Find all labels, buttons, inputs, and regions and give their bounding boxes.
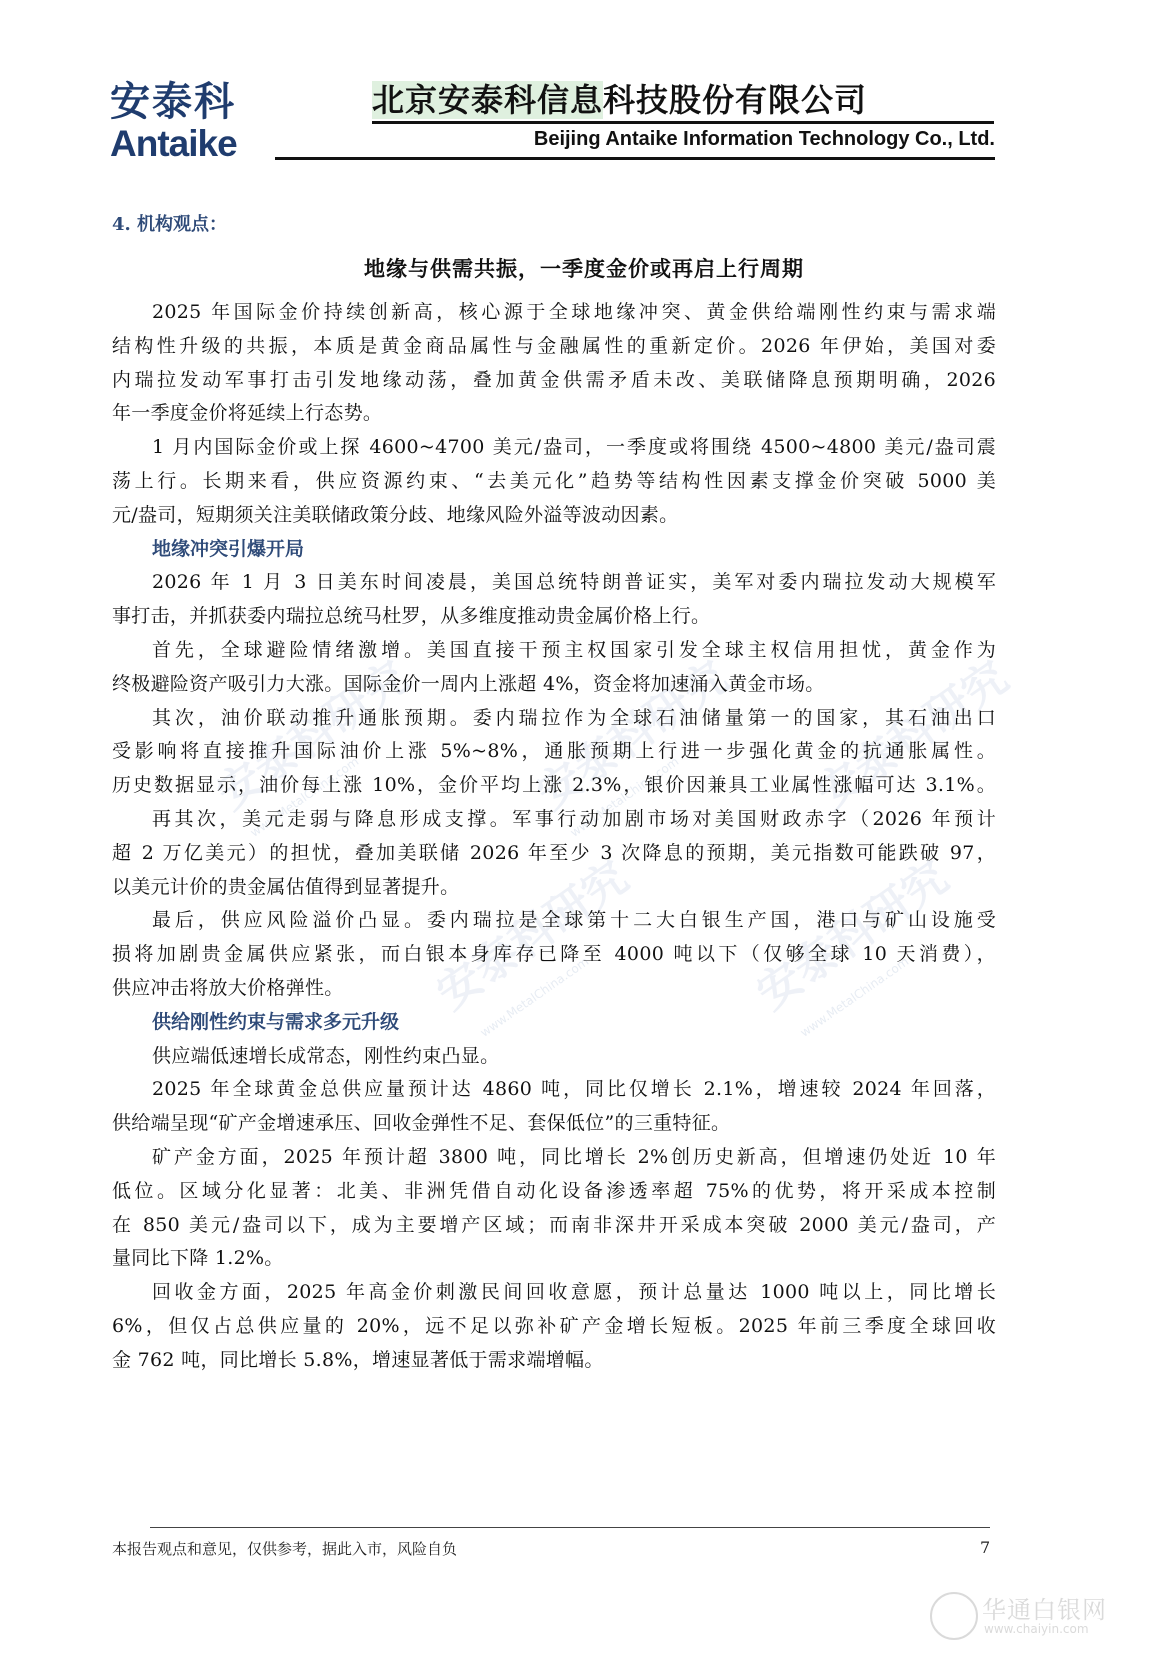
company-name-highlight: 北京安泰科信息 <box>372 81 603 119</box>
subheading-geopolitical: 地缘冲突引爆开局 <box>112 533 996 567</box>
section-heading: 4. 机构观点： <box>112 210 227 236</box>
corner-watermark-url: www.chaiyin.com <box>984 1622 1089 1636</box>
paragraph-line: 损将加剧贵金属供应紧张，而白银本身库存已降至 4000 吨以下（仅够全球 10 … <box>112 938 996 972</box>
paragraph-line: 供应端低速增长成常态，刚性约束凸显。 <box>112 1040 996 1074</box>
article-title: 地缘与供需共振，一季度金价或再启上行周期 <box>0 253 1168 283</box>
paragraph-line: 结构性升级的共振，本质是黄金商品属性与金融属性的重新定价。2026 年伊始，美国… <box>112 330 996 364</box>
paragraph-line: 以美元计价的贵金属估值得到显著提升。 <box>112 871 996 905</box>
paragraph-line: 终极避险资产吸引力大涨。国际金价一周内上涨超 4%，资金将加速涌入黄金市场。 <box>112 668 996 702</box>
paragraph-line: 供给端呈现“矿产金增速承压、回收金弹性不足、套保低位”的三重特征。 <box>112 1107 996 1141</box>
company-name-english: Beijing Antaike Information Technology C… <box>470 128 995 151</box>
paragraph-line: 回收金方面，2025 年高金价刺激民间回收意愿，预计总量达 1000 吨以上，同… <box>112 1276 996 1310</box>
paragraph-line: 最后，供应风险溢价凸显。委内瑞拉是全球第十二大白银生产国，港口与矿山设施受 <box>112 904 996 938</box>
paragraph-line: 2025 年全球黄金总供应量预计达 4860 吨，同比仅增长 2.1%，增速较 … <box>112 1073 996 1107</box>
footer-disclaimer: 本报告观点和意见，仅供参考，据此入市，风险自负 <box>112 1538 457 1559</box>
paragraph-line: 矿产金方面，2025 年预计超 3800 吨，同比增长 2%创历史新高，但增速仍… <box>112 1141 996 1175</box>
paragraph-line: 历史数据显示，油价每上涨 10%，金价平均上涨 2.3%，银价因兼具工业属性涨幅… <box>112 769 996 803</box>
paragraph-line: 荡上行。长期来看，供应资源约束、“去美元化”趋势等结构性因素支撑金价突破 500… <box>112 465 996 499</box>
paragraph-line: 再其次，美元走弱与降息形成支撑。军事行动加剧市场对美国财政赤字（2026 年预计 <box>112 803 996 837</box>
paragraph-line: 事打击，并抓获委内瑞拉总统马杜罗，从多维度推动贵金属价格上行。 <box>112 600 996 634</box>
site-logo-icon <box>930 1592 978 1640</box>
corner-watermark-name: 华通白银网 <box>982 1590 1107 1625</box>
paragraph-line: 1 月内国际金价或上探 4600~4700 美元/盎司，一季度或将围绕 4500… <box>112 431 996 465</box>
header-rule-bottom <box>275 157 995 160</box>
paragraph-line: 供应冲击将放大价格弹性。 <box>112 972 996 1006</box>
paragraph-line: 2026 年 1 月 3 日美东时间凌晨，美国总统特朗普证实，美军对委内瑞拉发动… <box>112 566 996 600</box>
paragraph-line: 在 850 美元/盎司以下，成为主要增产区域；而南非深井开采成本突破 2000 … <box>112 1209 996 1243</box>
header-rule-top <box>372 121 994 124</box>
company-name-rest: 科技股份有限公司 <box>603 81 867 119</box>
corner-watermark: 华通白银网 www.chaiyin.com <box>930 1590 1130 1650</box>
paragraph-line: 6%，但仅占总供应量的 20%，远不足以弥补矿产金增长短板。2025 年前三季度… <box>112 1310 996 1344</box>
paragraph-line: 其次，油价联动推升通胀预期。委内瑞拉作为全球石油储量第一的国家，其石油出口 <box>112 702 996 736</box>
paragraph-line: 内瑞拉发动军事打击引发地缘动荡，叠加黄金供需矛盾未改、美联储降息预期明确，202… <box>112 364 996 398</box>
company-name-chinese: 北京安泰科信息科技股份有限公司 <box>372 80 867 120</box>
subheading-supply-demand: 供给刚性约束与需求多元升级 <box>112 1006 996 1040</box>
paragraph-line: 元/盎司，短期须关注美联储政策分歧、地缘风险外溢等波动因素。 <box>112 499 996 533</box>
footer-rule <box>150 1527 990 1528</box>
paragraph-line: 2025 年国际金价持续创新高，核心源于全球地缘冲突、黄金供给端刚性约束与需求端 <box>112 296 996 330</box>
paragraph-line: 首先，全球避险情绪激增。美国直接干预主权国家引发全球主权信用担忧，黄金作为 <box>112 634 996 668</box>
logo-chinese: 安泰科 <box>110 80 260 124</box>
company-logo: 安泰科 Antaike <box>110 80 260 164</box>
paragraph-line: 金 762 吨，同比增长 5.8%，增速显著低于需求端增幅。 <box>112 1344 996 1378</box>
paragraph-line: 量同比下降 1.2%。 <box>112 1242 996 1276</box>
paragraph-line: 年一季度金价将延续上行态势。 <box>112 397 996 431</box>
paragraph-line: 受影响将直接推升国际油价上涨 5%~8%，通胀预期上行进一步强化黄金的抗通胀属性… <box>112 735 996 769</box>
page-number: 7 <box>980 1538 990 1557</box>
paragraph-line: 低位。区域分化显著：北美、非洲凭借自动化设备渗透率超 75%的优势，将开采成本控… <box>112 1175 996 1209</box>
logo-english: Antaike <box>110 124 260 164</box>
paragraph-line: 超 2 万亿美元）的担忧，叠加美联储 2026 年至少 3 次降息的预期，美元指… <box>112 837 996 871</box>
article-body: 2025 年国际金价持续创新高，核心源于全球地缘冲突、黄金供给端刚性约束与需求端… <box>112 296 996 1378</box>
